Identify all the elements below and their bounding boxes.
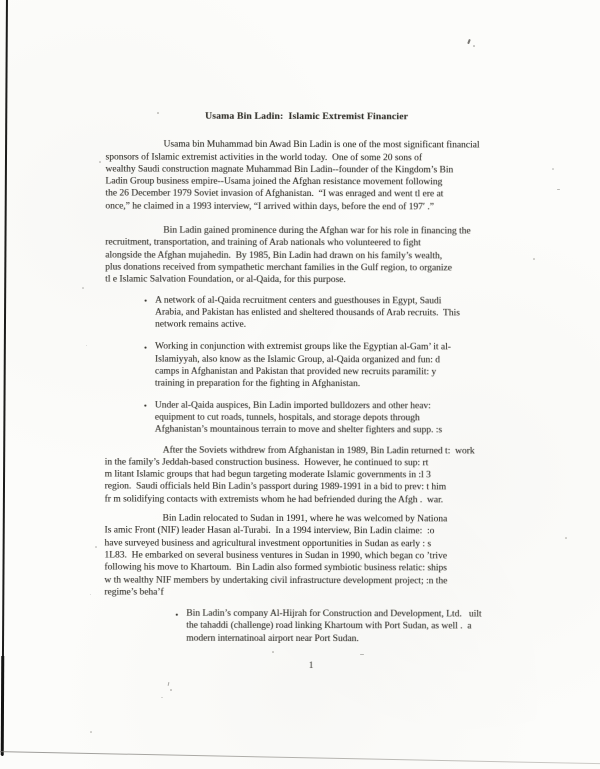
scanned-page: Usama Bin Ladin: Islamic Extremist Finan…: [0, 0, 600, 769]
text-line: After the Soviets withdrew from Afghanis…: [105, 444, 507, 457]
bullet-text: A network of al-Qaida recruitment center…: [155, 294, 507, 332]
text-line: fr m solidifying contacts with extremist…: [105, 493, 507, 506]
text-line: recruitment, transportation, and trainin…: [105, 237, 507, 250]
text-line: Working in conjunction with extremist gr…: [155, 341, 507, 354]
scan-speck: [86, 345, 87, 346]
text-line: training in preparation for the fighting…: [155, 378, 507, 391]
paragraph-2: Bin Ladin gained prominence during the A…: [105, 225, 507, 288]
text-line: region. Saudi officials held Bin Ladin’s…: [105, 481, 507, 494]
text-line: Afghanistan’s mountainous terrain to mov…: [155, 424, 507, 437]
scan-bottom-edge-line: [0, 751, 600, 765]
bullet-icon: •: [144, 400, 147, 412]
text-line: Bin Ladin relocated to Sudan in 1991, wh…: [105, 512, 507, 525]
scan-speck: [170, 689, 172, 691]
bullet-icon: •: [175, 608, 178, 620]
text-line: A network of al-Qaida recruitment center…: [155, 294, 507, 307]
bullet-item-2: • Working in conjunction with extremist …: [105, 341, 507, 391]
text-line: m litant Islamic groups that had begun t…: [105, 469, 507, 482]
bullet-text: Working in conjunction with extremist gr…: [155, 341, 507, 391]
text-line: in the family’s Jeddah-based constructio…: [105, 456, 507, 469]
text-line: 1L83. He embarked on several business ve…: [104, 549, 506, 562]
text-line: tl e Islamic Salvation Foundation, or al…: [105, 274, 507, 287]
text-line: alongside the Afghan mujahedin. By 1985,…: [105, 249, 507, 262]
text-line: regime’s beha’f: [104, 586, 506, 599]
text-line: Usama bin Muhammad bin Awad Bin Ladin is…: [105, 139, 507, 152]
bullet-item-4: • Bin Ladin’s company Al-Hijrah for Cons…: [104, 608, 506, 646]
text-line: w th wealthy NIF members by undertaking …: [104, 574, 506, 587]
paragraph-1: Usama bin Muhammad bin Awad Bin Ladin is…: [105, 139, 507, 214]
text-line: Under al-Qaida auspices, Bin Ladin impor…: [155, 399, 507, 412]
scan-speck: [90, 594, 91, 595]
text-line: camps in Afghanistan and Pakistan that p…: [155, 366, 507, 379]
scan-speck: [82, 287, 84, 289]
scan-speck: [557, 189, 560, 190]
text-line: Is amic Front (NIF) leader Hasan al-Tura…: [104, 525, 506, 538]
text-line: Bin Ladin gained prominence during the A…: [105, 225, 507, 238]
text-line: plus donations received from sympathetic…: [105, 261, 507, 274]
bullet-icon: •: [144, 295, 147, 307]
text-line: Arabia, and Pakistan has enlisted and sh…: [155, 306, 507, 319]
scan-speck: [552, 168, 554, 170]
text-line: the tahaddi (challenge) road linking Kha…: [186, 620, 506, 633]
text-line: the 26 December 1979 Soviet invasion of …: [105, 188, 507, 201]
text-line: network remains active.: [155, 319, 507, 332]
scan-speck: [90, 731, 92, 733]
scan-speck: [161, 697, 163, 698]
paragraph-3: After the Soviets withdrew from Afghanis…: [105, 444, 507, 507]
bullet-text: Under al-Qaida auspices, Bin Ladin impor…: [155, 399, 507, 437]
scan-speck: [99, 161, 101, 163]
text-line: modern internatinoal airport near Port S…: [186, 632, 506, 645]
scan-left-edge-line-bottom: [0, 656, 4, 755]
text-line: sponsors of Islamic extremist activities…: [105, 151, 507, 164]
bullet-item-3: • Under al-Qaida auspices, Bin Ladin imp…: [105, 399, 507, 437]
scan-speck: [168, 682, 170, 686]
document-title: Usama Bin Ladin: Islamic Extremist Finan…: [106, 110, 508, 123]
text-line: Bin Ladin’s company Al-Hijrah for Constr…: [186, 608, 506, 621]
bullet-text: Bin Ladin’s company Al-Hijrah for Constr…: [186, 608, 506, 646]
bullet-icon: •: [144, 342, 147, 354]
text-line: following his move to Khartoum. Bin Ladi…: [104, 562, 506, 575]
scan-speck: [95, 546, 97, 548]
text-line: equipment to cut roads, tunnels, hospita…: [155, 412, 507, 425]
text-line: Islamiyyah, also know as the Islamic Gro…: [155, 353, 507, 366]
text-line: wealthy Saudi construction magnate Muham…: [105, 163, 507, 176]
document-content: Usama Bin Ladin: Islamic Extremist Finan…: [104, 0, 508, 672]
page-number: 1: [104, 658, 506, 671]
scan-speck: [565, 537, 567, 539]
scan-left-edge-line: [1, 0, 8, 756]
paragraph-4: Bin Ladin relocated to Sudan in 1991, wh…: [104, 512, 506, 599]
text-line: once,” he claimed in a 1993 interview, “…: [105, 200, 507, 213]
text-line: Ladin Group business empire--Usama joine…: [105, 176, 507, 189]
text-line: have surveyed business and agricultural …: [104, 537, 506, 550]
scan-speck: [533, 258, 535, 260]
bullet-item-1: • A network of al-Qaida recruitment cent…: [105, 294, 507, 332]
